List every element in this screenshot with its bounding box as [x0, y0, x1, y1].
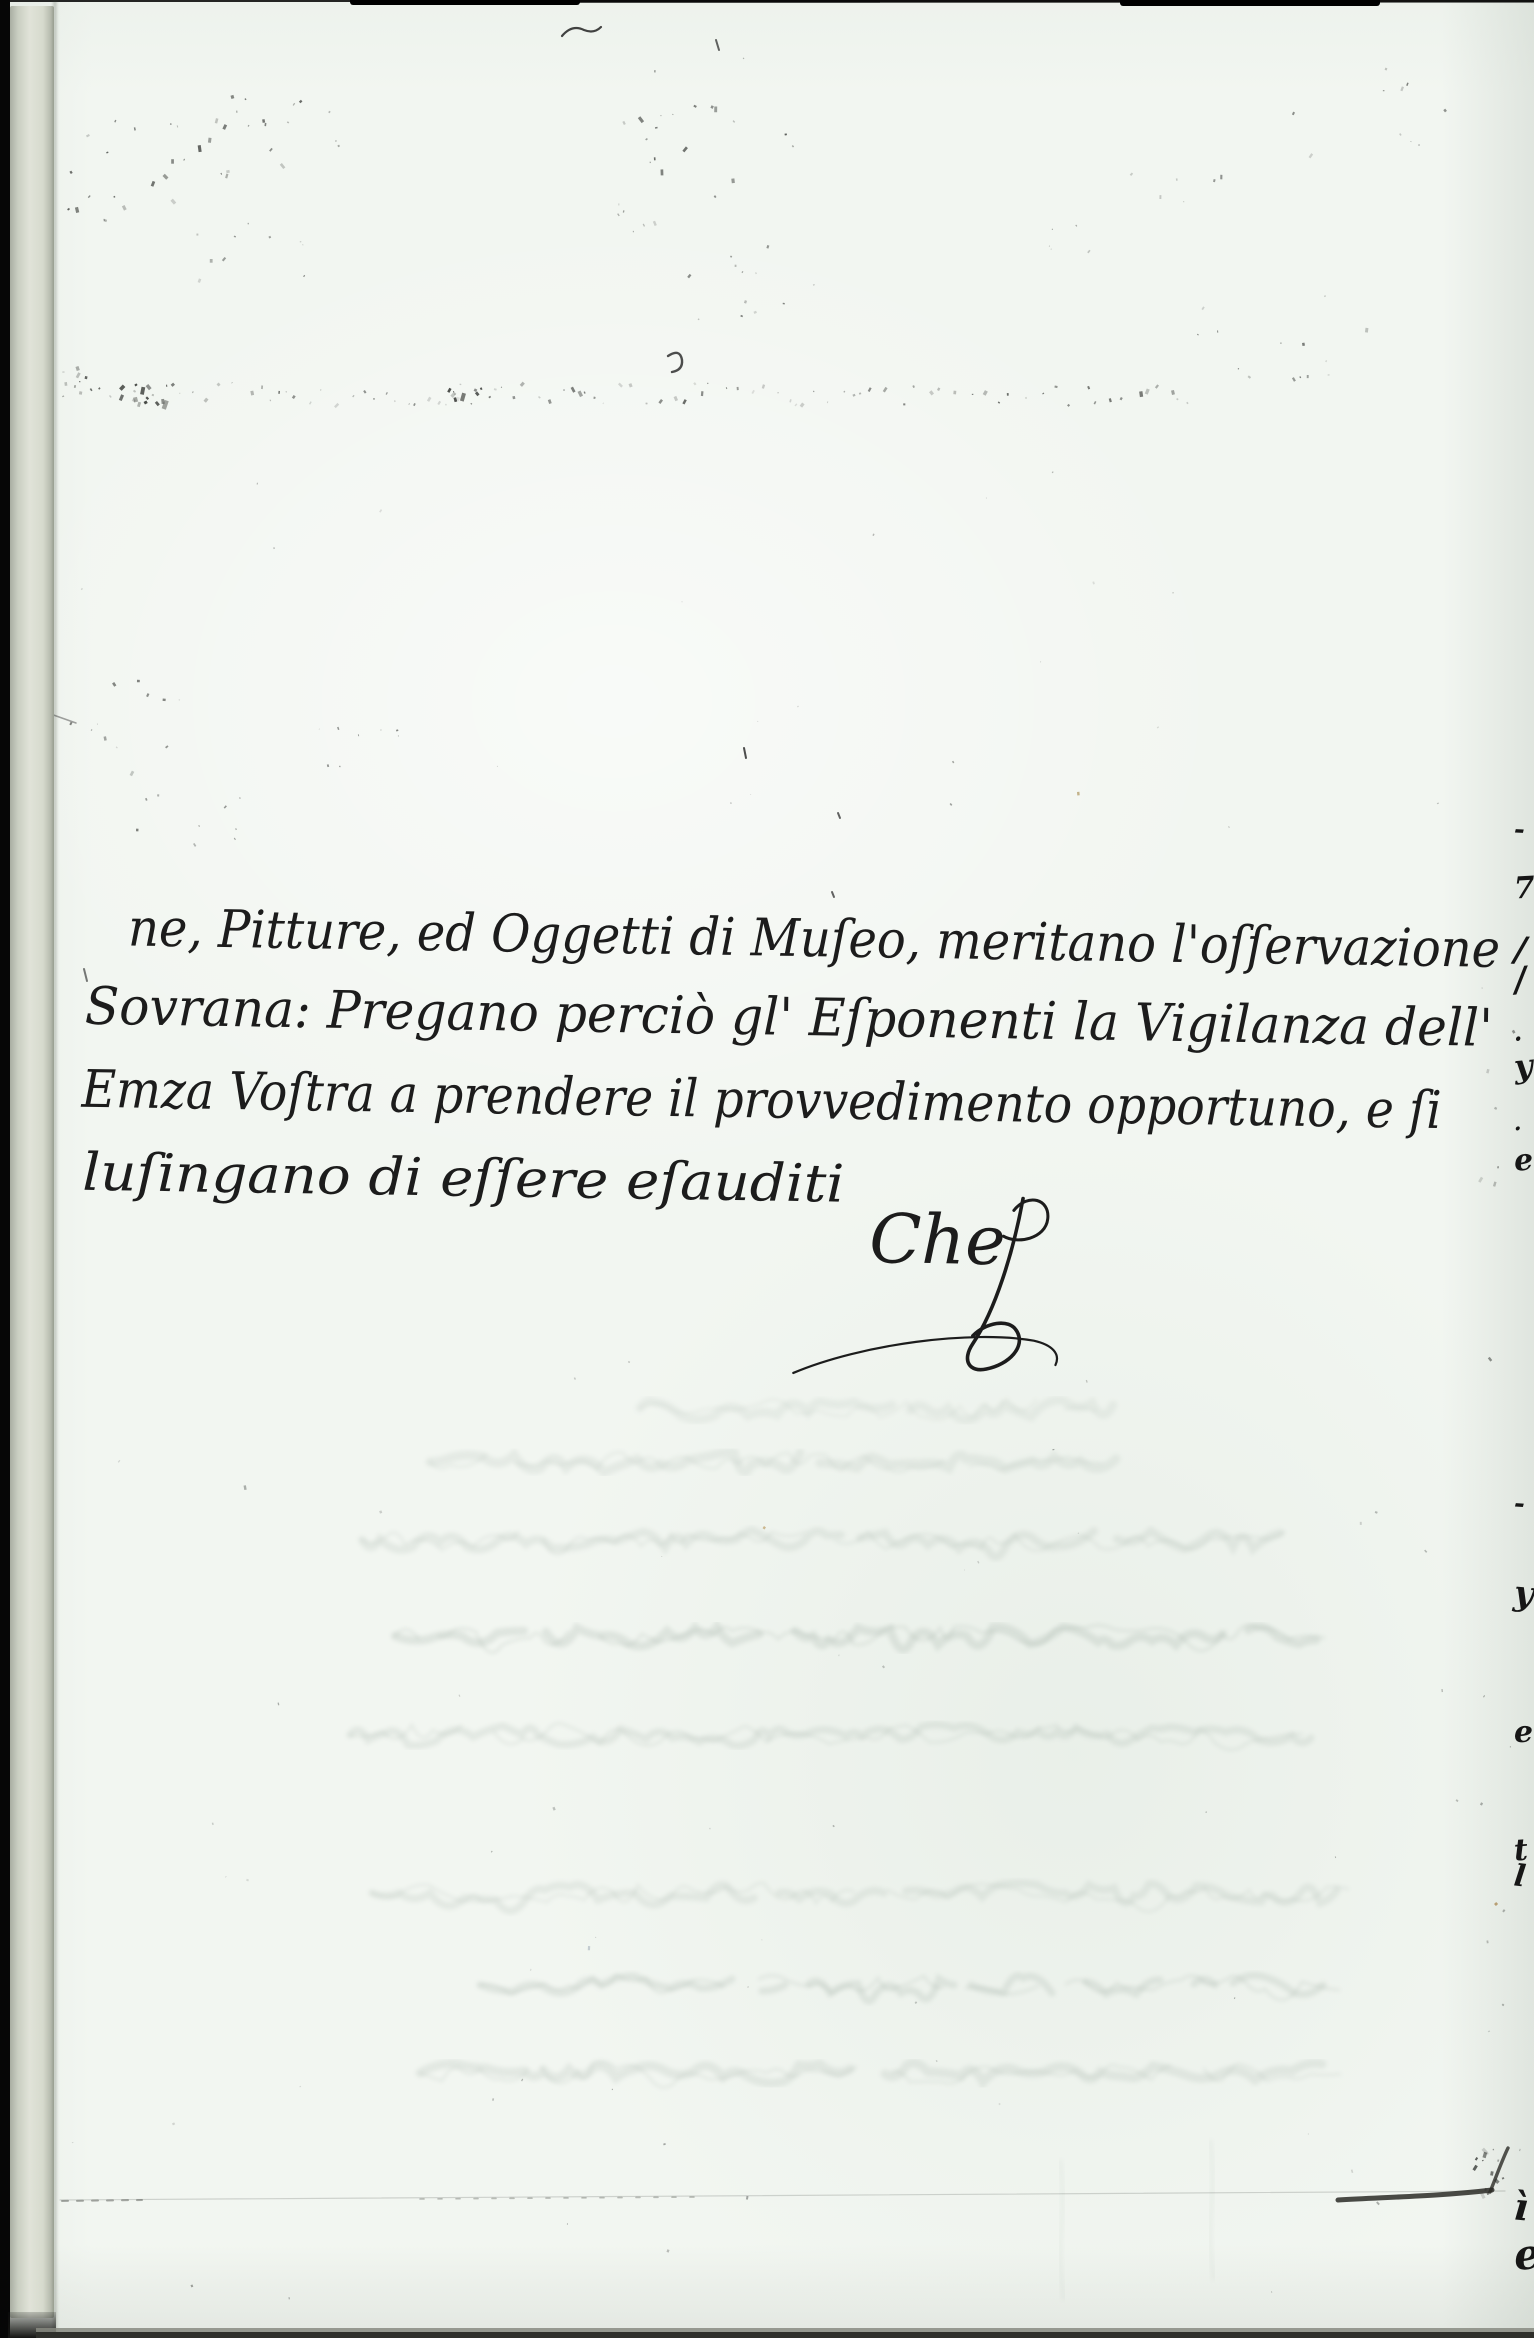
- ink-fragment: e: [1513, 2234, 1534, 2278]
- scanned-manuscript: ne, Pitture, ed Oggetti di Muſeo, merita…: [0, 0, 1534, 2338]
- scan-top-edge-segment: [880, 0, 1130, 3]
- underlying-page-edge: [10, 6, 54, 2318]
- book-gutter-shadow: [0, 0, 10, 2338]
- ink-fragment: y: [1512, 1576, 1534, 1612]
- scan-top-edge-segment: [1380, 0, 1534, 3]
- ink-fragment: y: [1513, 1050, 1534, 1084]
- facing-page-ink-fragments: -7//·y·e-yetlìe: [0, 0, 1534, 2338]
- page-edge-seam: [52, 0, 58, 2338]
- scan-top-edge-segment: [1120, 0, 1380, 6]
- ink-fragment: -: [1513, 1491, 1526, 1518]
- ink-fragment: e: [1514, 1718, 1534, 1748]
- ink-fragment: 7: [1513, 873, 1534, 904]
- ink-fragment: ·: [1513, 1118, 1522, 1140]
- ink-fragment: l: [1512, 1861, 1527, 1892]
- scan-top-edge-segment: [350, 0, 580, 5]
- ink-fragment: /: [1512, 962, 1528, 997]
- ink-fragment: e: [1513, 1145, 1534, 1176]
- ink-fragment: ì: [1512, 2187, 1530, 2226]
- ink-fragment: -: [1513, 817, 1525, 843]
- scan-bottom-edge: [36, 2332, 1534, 2338]
- scan-top-edge-segment: [560, 0, 880, 3]
